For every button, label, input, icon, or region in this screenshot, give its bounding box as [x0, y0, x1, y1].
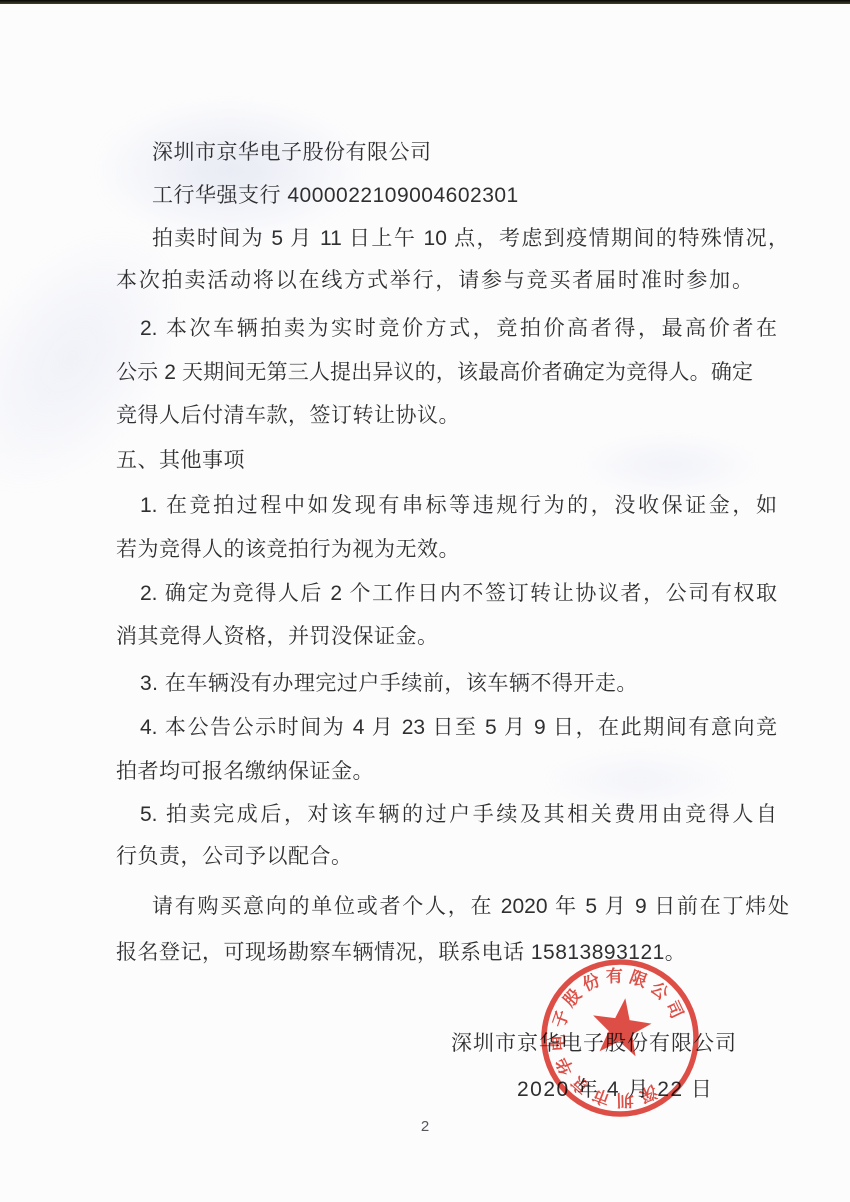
document-line: 3. 在车辆没有办理完过户手续前，该车辆不得开走。: [116, 670, 777, 697]
signature-date: 2020 年 4 月 22 日: [517, 1073, 713, 1103]
document-line: 报名登记，可现场勘察车辆情况，联系电话 15813893121。: [116, 939, 753, 966]
document-line: 2. 本次车辆拍卖为实时竞价方式，竞拍价高者得，最高价者在: [116, 315, 777, 342]
signature-company: 深圳市京华电子股份有限公司: [451, 1027, 737, 1057]
document-line: 公示 2 天期间无第三人提出异议的，该最高价者确定为竞得人。确定: [116, 359, 753, 386]
document-line: 若为竞得人的该竞拍行为视为无效。: [116, 536, 753, 563]
document-line: 工行华强支行 4000022109004602301: [116, 182, 789, 209]
document-line: 竞得人后付清车款，签订转让协议。: [116, 402, 753, 429]
document-line: 拍卖时间为 5 月 11 日上午 10 点，考虑到疫情期间的特殊情况，: [116, 225, 789, 252]
document-line: 本次拍卖活动将以在线方式举行，请参与竞买者届时准时参加。: [116, 267, 753, 294]
document-line: 五、其他事项: [116, 447, 753, 474]
document-line: 5. 拍卖完成后，对该车辆的过户手续及其相关费用由竞得人自: [116, 801, 777, 828]
document-line: 请有购买意向的单位或者个人，在 2020 年 5 月 9 日前在丁炜处: [116, 893, 789, 920]
document-line: 4. 本公告公示时间为 4 月 23 日至 5 月 9 日，在此期间有意向竞: [116, 714, 777, 741]
document-line: 1. 在竞拍过程中如发现有串标等违规行为的，没收保证金，如: [116, 492, 777, 519]
document-line: 深圳市京华电子股份有限公司: [116, 139, 789, 166]
page-number: 2: [0, 1118, 850, 1135]
document-line: 拍者均可报名缴纳保证金。: [116, 758, 753, 785]
scan-edge: [0, 0, 850, 4]
document-line: 行负责，公司予以配合。: [116, 843, 753, 870]
document-page: 深圳市京华电子股份有限公司 工行华强支行 4000022109004602301…: [0, 0, 850, 1202]
document-line: 2. 确定为竞得人后 2 个工作日内不签订转让协议者，公司有权取: [116, 580, 777, 607]
document-line: 消其竞得人资格，并罚没保证金。: [116, 623, 753, 650]
